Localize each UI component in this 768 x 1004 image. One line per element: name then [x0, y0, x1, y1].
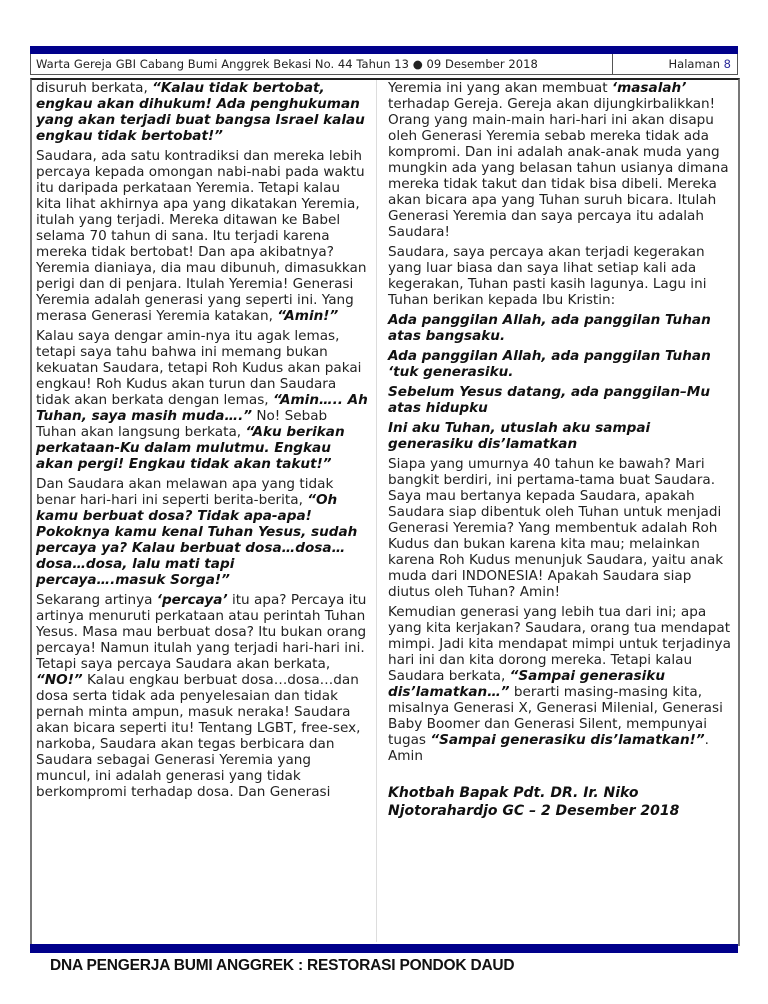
song-line: Ada panggilan Allah, ada panggilan Tuhan…: [388, 348, 734, 380]
sermon-credit: Khotbah Bapak Pdt. DR. Ir. Niko Njotorah…: [388, 784, 734, 820]
text: Siapa yang umurnya 40 tahun ke bawah? Ma…: [388, 456, 723, 600]
footer-slogan: DNA PENGERJA BUMI ANGGREK : RESTORASI PO…: [50, 957, 514, 975]
text: Saudara, ada satu kontradiksi dan mereka…: [36, 148, 367, 324]
song-line: Sebelum Yesus datang, ada panggilan–Mu a…: [388, 384, 734, 416]
header-top-bar: [30, 46, 738, 54]
newsletter-title: Warta Gereja GBI Cabang Bumi Anggrek Bek…: [31, 54, 612, 74]
paragraph: Kemudian generasi yang lebih tua dari in…: [388, 604, 734, 764]
paragraph: Yeremia ini yang akan membuat ‘masalah’ …: [388, 80, 734, 240]
page-indicator: Halaman 8: [612, 54, 737, 74]
page-number: 8: [724, 57, 731, 71]
credit-line: Khotbah Bapak Pdt. DR. Ir. Niko: [388, 784, 734, 802]
song-line: Ada panggilan Allah, ada panggilan Tuhan…: [388, 312, 734, 344]
quote: ‘masalah’: [612, 80, 686, 96]
page-header: Warta Gereja GBI Cabang Bumi Anggrek Bek…: [30, 54, 738, 75]
paragraph: Saudara, saya percaya akan terjadi keger…: [388, 244, 734, 308]
text: Kalau engkau berbuat dosa…dosa…dan dosa …: [36, 672, 360, 800]
text: disuruh berkata,: [36, 80, 152, 96]
paragraph: disuruh berkata, “Kalau tidak bertobat, …: [36, 80, 368, 144]
quote: “Sampai generasiku dis’lamatkan!”: [430, 732, 704, 748]
paragraph: Siapa yang umurnya 40 tahun ke bawah? Ma…: [388, 456, 734, 600]
paragraph: Dan Saudara akan melawan apa yang tidak …: [36, 476, 368, 588]
text: terhadap Gereja. Gereja akan dijungkirba…: [388, 96, 729, 240]
quote: ‘percaya’: [157, 592, 228, 608]
footer-bar: [30, 944, 738, 953]
paragraph: Saudara, ada satu kontradiksi dan mereka…: [36, 148, 368, 324]
text: Saudara, saya percaya akan terjadi keger…: [388, 244, 706, 308]
column-divider: [376, 80, 377, 942]
quote: “NO!”: [36, 672, 83, 688]
credit-line: Njotorahardjo GC – 2 Desember 2018: [388, 802, 734, 820]
quote: “Amin!”: [277, 308, 338, 324]
right-column: Yeremia ini yang akan membuat ‘masalah’ …: [388, 80, 734, 820]
text: Sekarang artinya: [36, 592, 157, 608]
page-label: Halaman: [669, 57, 724, 71]
left-column: disuruh berkata, “Kalau tidak bertobat, …: [36, 80, 368, 804]
paragraph: Kalau saya dengar amin-nya itu agak lema…: [36, 328, 368, 472]
text: Yeremia ini yang akan membuat: [388, 80, 612, 96]
paragraph: Sekarang artinya ‘percaya’ itu apa? Perc…: [36, 592, 368, 800]
text: Dan Saudara akan melawan apa yang tidak …: [36, 476, 333, 508]
song-line: Ini aku Tuhan, utuslah aku sampai genera…: [388, 420, 734, 452]
